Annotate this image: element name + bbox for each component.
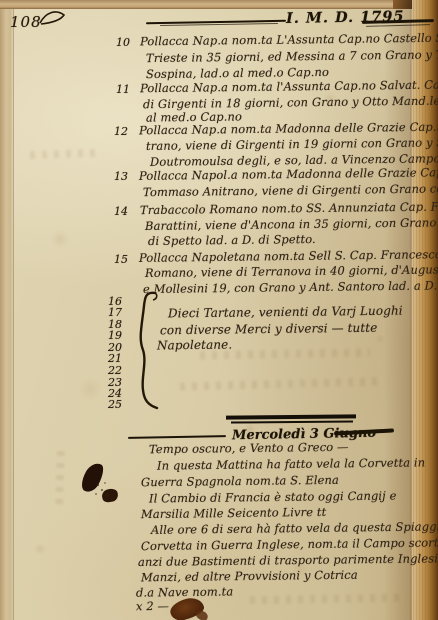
page-left-edge <box>0 9 14 620</box>
entry-number: 10 <box>112 36 130 49</box>
folio-number: 108 <box>10 13 42 31</box>
journal-line: d.a Nave nom.ta <box>136 584 233 599</box>
entry-number: 13 <box>110 170 128 183</box>
journal-line: Manzi, ed altre Provvisioni y Cotrica <box>141 568 358 585</box>
journal-line: Guerra Spagnola nom.ta S. Elena <box>141 473 339 489</box>
ink-speckles <box>97 484 99 486</box>
group-line: con diverse Merci y diversi — tutte <box>160 321 378 338</box>
year-header: I. M. D. 1795 <box>286 8 405 27</box>
page-left-crease <box>13 9 14 620</box>
entry-number: 11 <box>112 83 130 96</box>
manuscript-scan: 108 I. M. D. 1795 10 Pollacca Nap.a nom.… <box>0 0 438 620</box>
entry-number: 14 <box>110 205 128 218</box>
entry-line: di Spetto lad. a D. di Spetto. <box>148 232 316 248</box>
journal-line: x 2 — <box>136 599 169 613</box>
journal-line: Tempo oscuro, e Vento a Greco — <box>149 440 349 456</box>
journal-line: Marsilia Mille Seicento Livre tt <box>141 505 326 521</box>
entry-number: 12 <box>110 125 128 138</box>
group-line: Dieci Tartane, venienti da Varj Luoghi <box>168 304 403 321</box>
entry-number: 15 <box>110 253 128 266</box>
group-number: 25 <box>104 398 122 411</box>
group-line: Napoletane. <box>157 338 232 353</box>
folio-flourish <box>38 10 68 28</box>
